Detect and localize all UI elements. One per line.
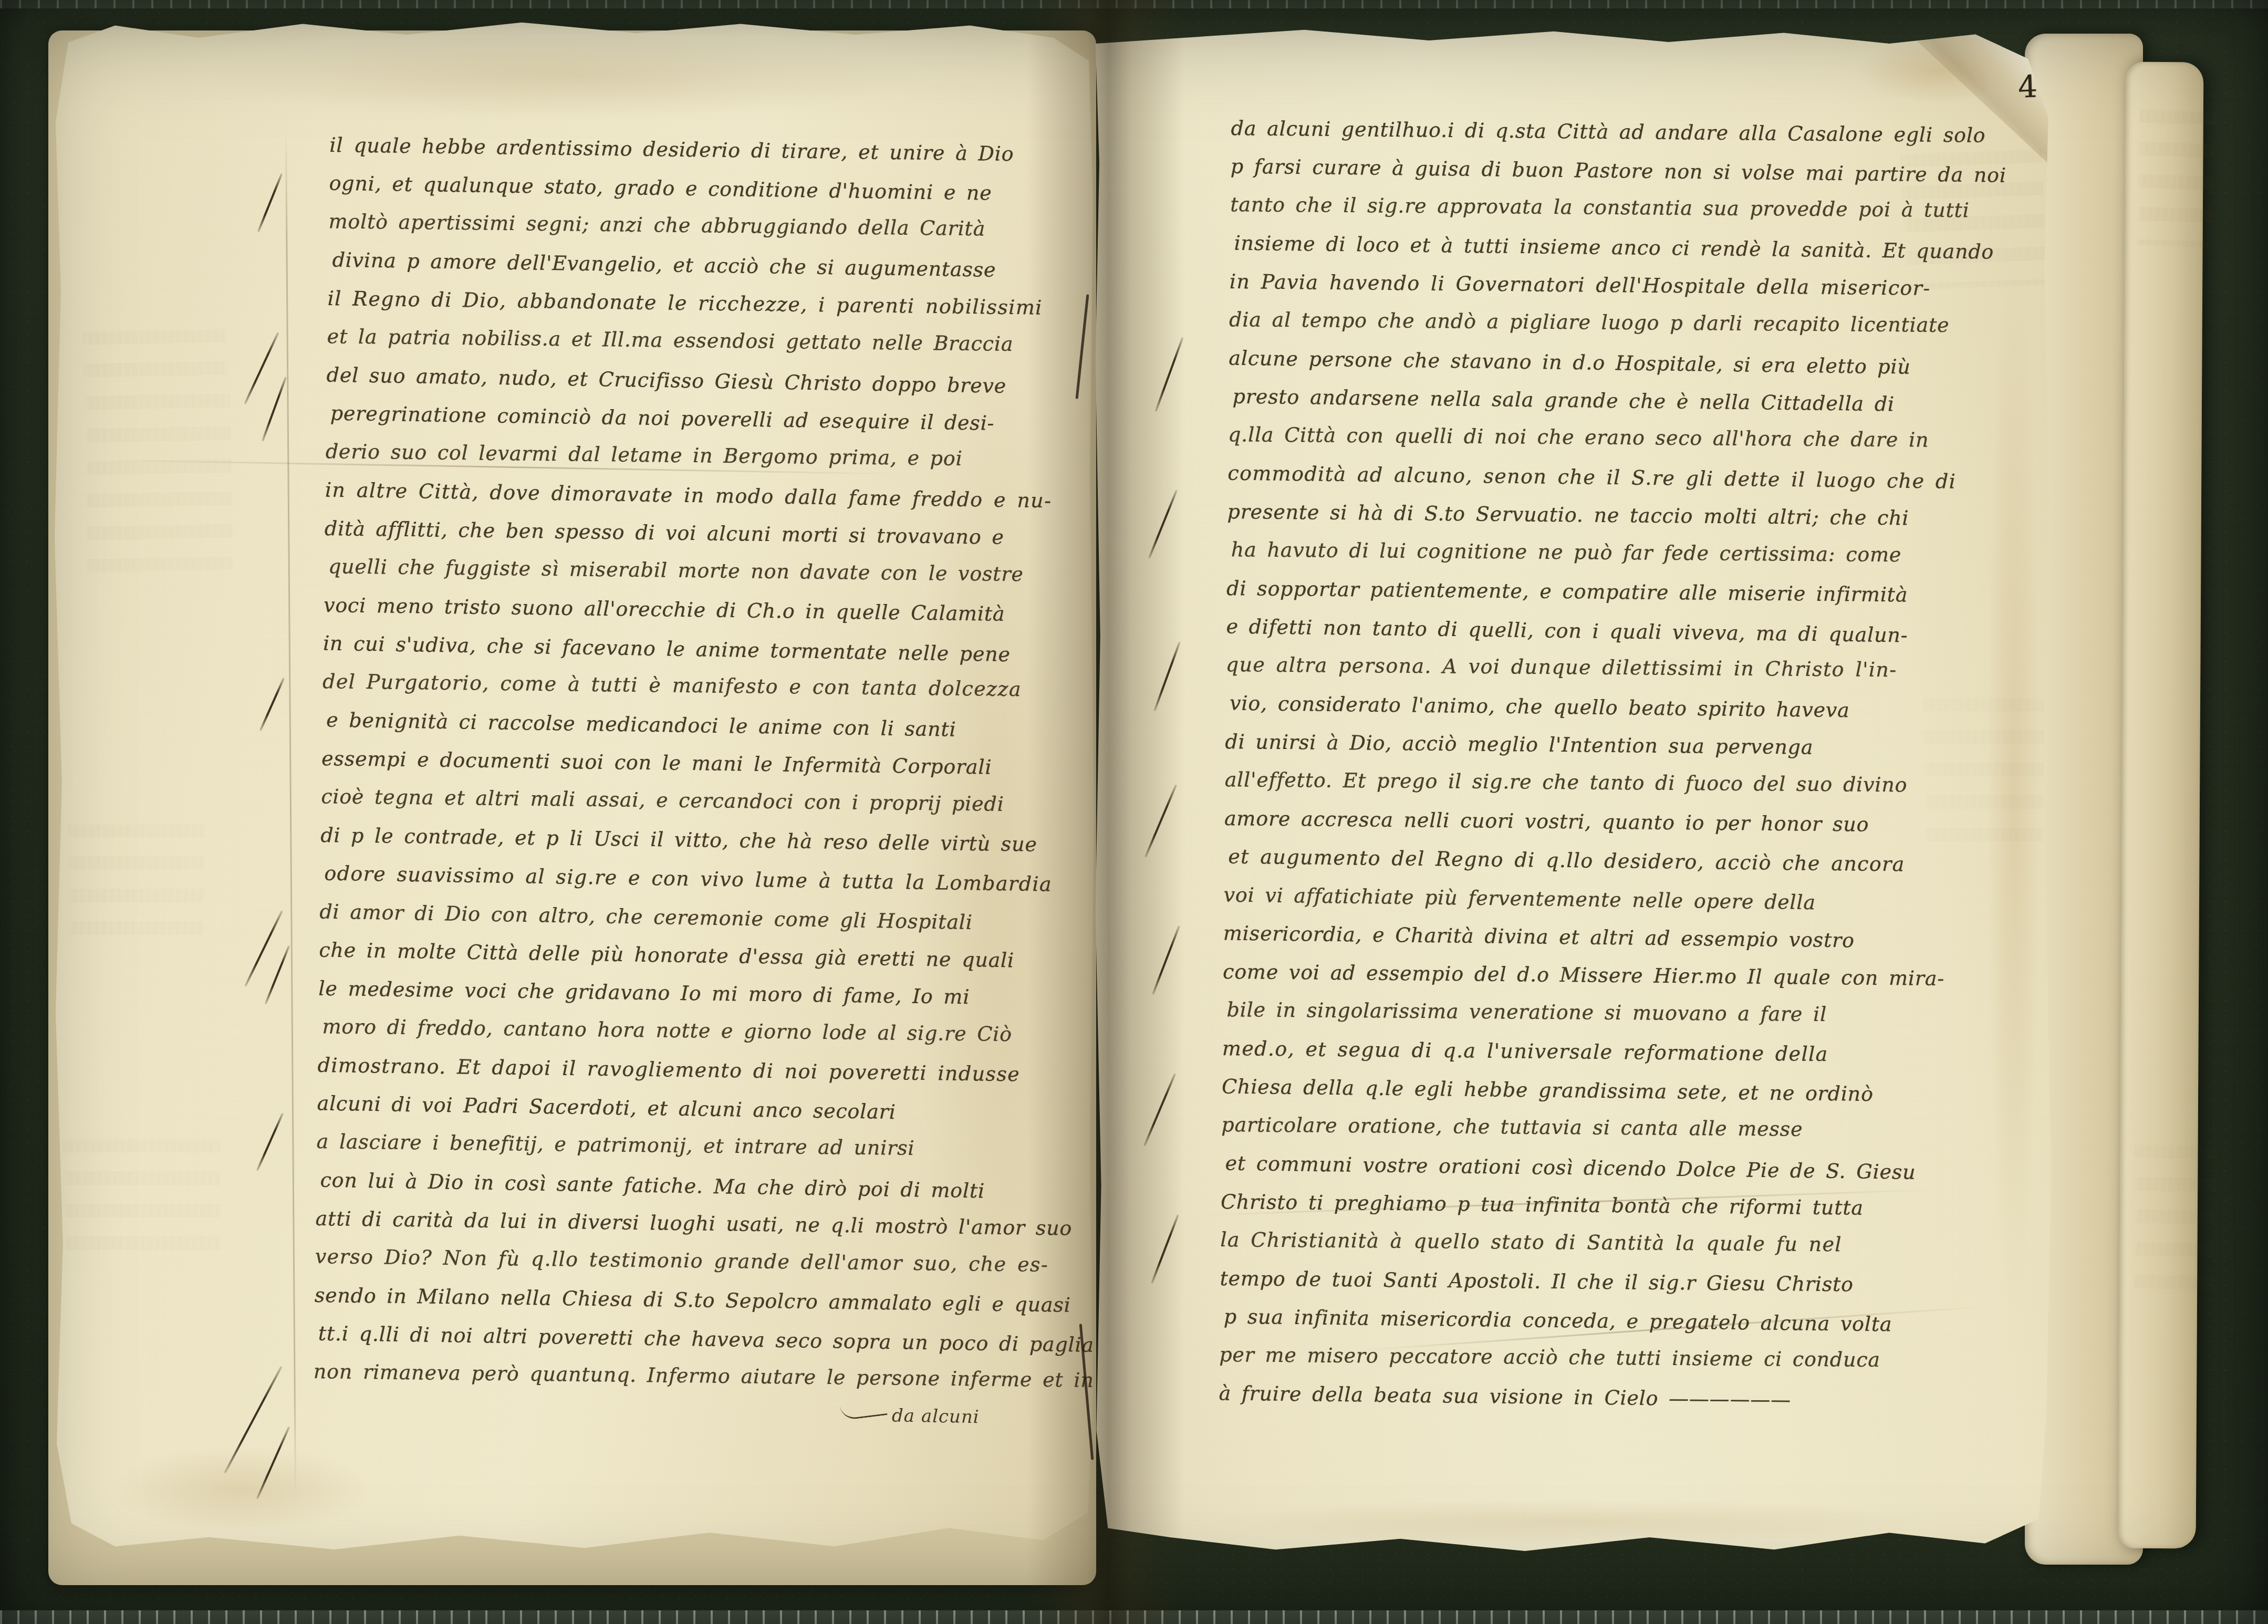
right-page: 47. da alcuni gentilhuo.i di q.sta Città… <box>1094 25 2052 1553</box>
margin-stroke <box>259 678 285 731</box>
manuscript-line: bile in singolarissima veneratione si mu… <box>1226 991 1958 1035</box>
margin-stroke <box>1145 784 1177 858</box>
manuscript-line: et la patria nobiliss.a et Ill.ma essend… <box>327 317 1073 364</box>
manuscript-line: amore accresca nelli cuori vostri, quant… <box>1224 799 1960 845</box>
manuscript-line: la Christianità à quello stato di Santit… <box>1220 1221 1956 1265</box>
fore-edge-sheet <box>2118 62 2204 1549</box>
manuscript-line: tanto che il sig.re approvata la constan… <box>1230 185 1966 230</box>
margin-stroke <box>1143 1073 1176 1147</box>
manuscript-line: a lasciare i benefitij, e patrimonij, et… <box>316 1122 1063 1169</box>
left-margin-bleed-through <box>68 824 205 950</box>
margin-stroke <box>1148 490 1178 558</box>
manuscript-line: per me misero peccatore acciò che tutti … <box>1219 1336 1955 1380</box>
scanner-ruler-top <box>0 0 2268 8</box>
manuscript-line: q.lla Città con quelli di noi che erano … <box>1228 415 1964 460</box>
manuscript-line: à fruire della beata sua visione in Ciel… <box>1219 1374 1954 1421</box>
manuscript-line: ha havuto di lui cognitione ne può far f… <box>1231 530 1963 575</box>
manuscript-line: non rimaneva però quantunq. Infermo aiut… <box>314 1352 1060 1399</box>
margin-stroke <box>262 377 287 442</box>
scanner-ruler-bottom <box>0 1610 2268 1624</box>
manuscript-line: da alcuni gentilhuo.i di q.sta Città ad … <box>1231 109 1967 154</box>
scan-background: il quale hebbe ardentissimo desiderio di… <box>0 0 2268 1624</box>
right-page-text: da alcuni gentilhuo.i di q.sta Città ad … <box>1219 109 1967 1420</box>
margin-stroke <box>1152 925 1180 995</box>
margin-stroke <box>244 332 279 404</box>
left-page: il quale hebbe ardentissimo desiderio di… <box>53 15 1095 1551</box>
margin-stroke <box>256 1427 290 1500</box>
margin-stroke <box>1154 337 1183 412</box>
margin-stroke <box>1153 642 1181 712</box>
manuscript-line: dia al tempo che andò a pigliare luogo p… <box>1229 300 1965 345</box>
manuscript-line: all'effetto. Et prego il sig.re che tant… <box>1224 761 1960 805</box>
left-margin-bleed-through <box>63 1139 221 1254</box>
manuscript-line: med.o, et segua di q.a l'universale refo… <box>1222 1029 1958 1075</box>
fold-line <box>285 130 296 1496</box>
margin-stroke <box>256 1112 284 1171</box>
left-margin-bleed-through <box>82 329 233 573</box>
margin-stroke <box>257 173 283 233</box>
manuscript-line: tempo de tuoi Santi Apostoli. Il che il … <box>1220 1259 1955 1305</box>
manuscript-line: que altra persona. A voi dunque dilettis… <box>1226 646 1962 690</box>
manuscript-line: di sopportar patientemente, e compatire … <box>1226 569 1962 615</box>
margin-stroke <box>1151 1214 1179 1284</box>
catchword: da alcuni <box>840 1404 980 1428</box>
margin-stroke <box>265 945 290 1005</box>
left-page-text: il quale hebbe ardentissimo desiderio di… <box>313 126 1075 1401</box>
manuscript-line: particolare oratione, che tuttavia si ca… <box>1221 1106 1957 1150</box>
